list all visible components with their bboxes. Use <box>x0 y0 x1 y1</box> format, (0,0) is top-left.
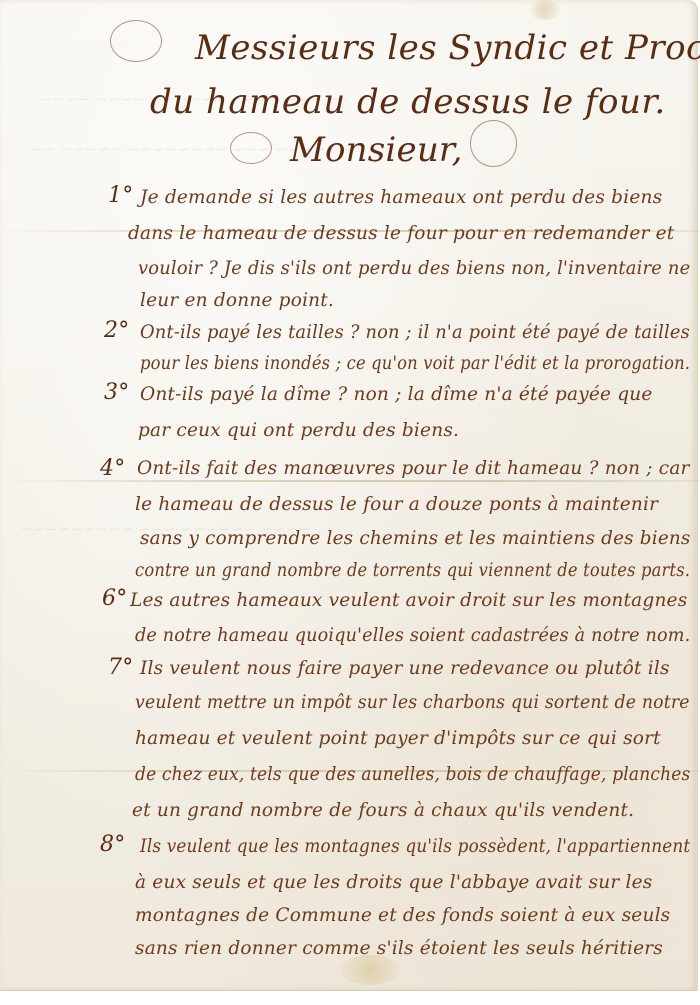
manuscript-page: ~~~~~ ~~~~ ~~~~~~ ~~~~ ~~~~ ~~~~~~ ~~~ ~… <box>0 0 698 991</box>
item-number: 4° <box>100 456 125 481</box>
flourish-ornament <box>470 120 517 167</box>
item-7-line-4: de chez eux, tels que des aunelles, bois… <box>135 764 690 785</box>
item-6-line-2: de notre hameau quoiqu'elles soient cada… <box>135 625 690 646</box>
item-7-line-3: hameau et veulent point payer d'impôts s… <box>135 728 661 749</box>
flourish-ornament <box>230 132 272 164</box>
item-4-line-3: sans y comprendre les chemins et les mai… <box>140 528 691 549</box>
item-number: 3° <box>104 380 129 405</box>
item-4-line-2: le hameau de dessus le four a douze pont… <box>135 494 658 515</box>
item-1-line-4: leur en donne point. <box>140 290 334 311</box>
item-7-line-2: veulent mettre un impôt sur les charbons… <box>135 692 690 713</box>
item-6-line-1: Les autres hameaux veulent avoir droit s… <box>130 590 687 611</box>
paper-stain <box>530 0 560 20</box>
heading-line-1: Messieurs les Syndic et Procureur <box>195 28 700 68</box>
item-number: 7° <box>108 655 133 680</box>
salutation: Monsieur, <box>290 130 463 170</box>
item-2-line-1: Ont-ils payé les tailles ? non ; il n'a … <box>140 322 690 343</box>
item-8-line-3: montagnes de Commune et des fonds soient… <box>135 905 670 926</box>
item-8-line-4: sans rien donner comme s'ils étoient les… <box>135 938 663 959</box>
item-1-line-2: dans le hameau de dessus le four pour en… <box>128 223 674 244</box>
item-7-line-1: Ils veulent nous faire payer une redevan… <box>140 658 670 679</box>
item-number: 1° <box>108 183 133 208</box>
item-1-line-1: Je demande si les autres hameaux ont per… <box>140 187 662 208</box>
item-8-line-2: à eux seuls et que les droits que l'abba… <box>135 872 652 893</box>
item-1-line-3: vouloir ? Je dis s'ils ont perdu des bie… <box>138 258 690 279</box>
item-7-line-5: et un grand nombre de fours à chaux qu'i… <box>132 800 634 821</box>
flourish-ornament <box>110 20 162 62</box>
item-4-line-4: contre un grand nombre de torrents qui v… <box>135 560 690 581</box>
item-3-line-1: Ont-ils payé la dîme ? non ; la dîme n'a… <box>140 384 653 405</box>
item-number: 6° <box>102 586 127 611</box>
item-4-line-1: Ont-ils fait des manœuvres pour le dit h… <box>137 458 690 479</box>
paper-stain <box>340 955 400 985</box>
item-number: 8° <box>100 832 125 857</box>
item-2-line-2: pour les biens inondés ; ce qu'on voit p… <box>140 353 690 374</box>
item-8-line-1: Ils veulent que les montagnes qu'ils pos… <box>140 836 690 857</box>
heading-line-2: du hameau de dessus le four. <box>150 82 666 122</box>
item-number: 2° <box>104 318 129 343</box>
item-3-line-2: par ceux qui ont perdu des biens. <box>138 420 459 441</box>
